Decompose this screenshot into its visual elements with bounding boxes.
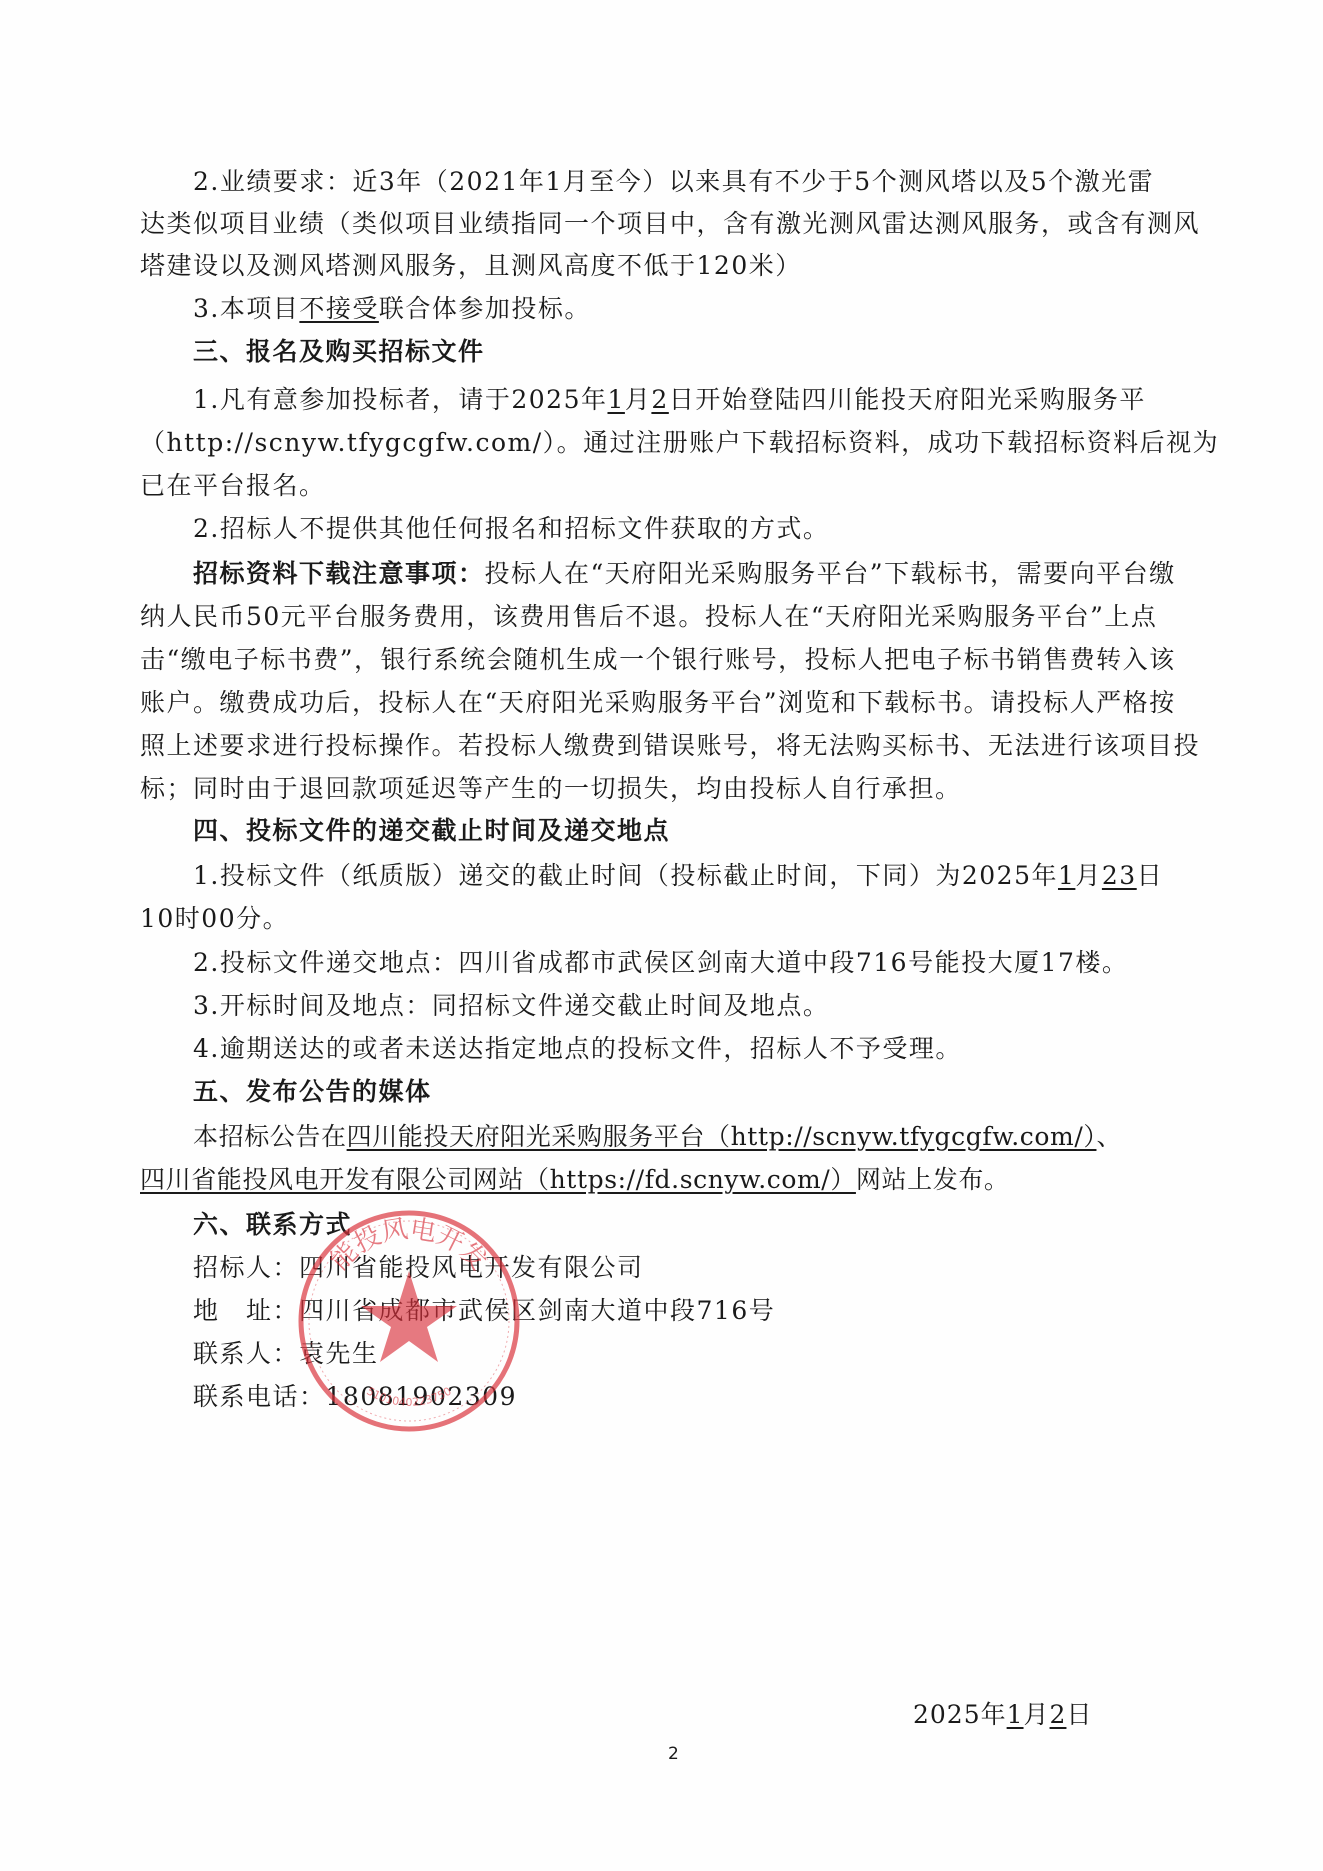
day-value: 2 [651,385,668,414]
text: 日 [1137,861,1164,890]
label: 联系人： [193,1339,299,1368]
text: 月 [1075,861,1102,890]
section-5-line-1: 本招标公告在四川能投天府阳光采购服务平台（http://scnyw.tfygcg… [193,1120,1243,1154]
deadline-day: 23 [1102,861,1137,890]
label: 地 址： [193,1296,299,1325]
text: 本招标公告在 [193,1122,347,1151]
download-notice-line-1: 招标资料下载注意事项：投标人在“天府阳光采购服务平台”下载标书，需要向平台缴 [193,557,1243,591]
section-3-item-1-line-1: 1.凡有意参加投标者，请于2025年1月2日开始登陆四川能投天府阳光采购服务平 [193,383,1243,417]
document-page: 2.业绩要求：近3年（2021年1月至今）以来具有不少于5个测风塔以及5个激光雷… [0,0,1323,1871]
text: 日 [1066,1700,1092,1729]
section-3-item-1-line-3: 已在平台报名。 [140,469,1190,503]
text: 网站上发布。 [856,1165,1010,1194]
item3-suffix: 联合体参加投标。 [379,294,591,323]
section-6-heading: 六、联系方式 [193,1208,1243,1242]
date-month: 1 [1007,1700,1024,1729]
requirement-item-2-line-2: 达类似项目业绩（类似项目业绩指同一个项目中，含有激光测风雷达测风服务，或含有测风 [140,207,1190,241]
contact-person: 联系人：袁先生 [193,1337,1243,1371]
text: 1.投标文件（纸质版）递交的截止时间（投标截止时间，下同）为2025年 [193,861,1058,890]
contact-name: 袁先生 [299,1339,379,1368]
label: 招标人： [193,1253,299,1282]
company-website-link[interactable]: 四川省能投风电开发有限公司网站（https://fd.scnyw.com/） [140,1165,856,1194]
section-5-line-2: 四川省能投风电开发有限公司网站（https://fd.scnyw.com/）网站… [140,1163,1190,1197]
page-number: 2 [668,1744,679,1764]
contact-tenderer: 招标人：四川省能投风电开发有限公司 [193,1251,1243,1285]
section-3-item-2: 2.招标人不提供其他任何报名和招标文件获取的方式。 [193,512,1243,546]
section-4-item-1-line-1: 1.投标文件（纸质版）递交的截止时间（投标截止时间，下同）为2025年1月23日 [193,859,1243,893]
document-date: 2025年1月2日 [913,1698,1092,1732]
section-4-item-4: 4.逾期送达的或者未送达指定地点的投标文件，招标人不予受理。 [193,1032,1243,1066]
section-4-item-3: 3.开标时间及地点：同招标文件递交截止时间及地点。 [193,989,1243,1023]
contact-phone: 联系电话：18081902309 [193,1380,1243,1414]
section-3-item-1-line-2: （http://scnyw.tfygcgfw.com/）。通过注册账户下载招标资… [140,426,1190,460]
item3-underlined: 不接受 [299,294,379,323]
text: 月 [625,385,652,414]
download-notice-line-4: 账户。缴费成功后，投标人在“天府阳光采购服务平台”浏览和下载标书。请投标人严格按 [140,686,1190,720]
download-notice-label: 招标资料下载注意事项： [193,559,485,588]
section-5-heading: 五、发布公告的媒体 [193,1075,1243,1109]
download-notice-line-5: 照上述要求进行投标操作。若投标人缴费到错误账号，将无法购买标书、无法进行该项目投 [140,729,1190,763]
section-3-heading: 三、报名及购买招标文件 [193,335,1243,369]
text: 、 [1096,1122,1122,1151]
tenderer-name: 四川省能投风电开发有限公司 [299,1253,644,1282]
item3-prefix: 3.本项目 [193,294,299,323]
date-year: 2025年 [913,1700,1007,1729]
phone-number: 18081902309 [326,1382,517,1411]
date-day: 2 [1050,1700,1067,1729]
download-notice-line-6: 标；同时由于退回款项延迟等产生的一切损失，均由投标人自行承担。 [140,772,1190,806]
month-value: 1 [607,385,624,414]
deadline-month: 1 [1058,861,1075,890]
contact-address: 地 址：四川省成都市武侯区剑南大道中段716号 [193,1294,1243,1328]
text: 投标人在“天府阳光采购服务平台”下载标书，需要向平台缴 [485,559,1176,588]
text: 1.凡有意参加投标者，请于2025年 [193,385,607,414]
section-4-item-1-line-2: 10时00分。 [140,902,1190,936]
text: 日开始登陆四川能投天府阳光采购服务平 [669,385,1146,414]
section-4-item-2: 2.投标文件递交地点：四川省成都市武侯区剑南大道中段716号能投大厦17楼。 [193,946,1243,980]
label: 联系电话： [193,1382,326,1411]
download-notice-line-2: 纳人民币50元平台服务费用，该费用售后不退。投标人在“天府阳光采购服务平台”上点 [140,600,1190,634]
section-4-heading: 四、投标文件的递交截止时间及递交地点 [193,814,1243,848]
download-notice-line-3: 击“缴电子标书费”，银行系统会随机生成一个银行账号，投标人把电子标书销售费转入该 [140,643,1190,677]
requirement-item-2-line-3: 塔建设以及测风塔测风服务，且测风高度不低于120米） [140,249,1190,283]
text: 月 [1024,1700,1050,1729]
requirement-item-2-line-1: 2.业绩要求：近3年（2021年1月至今）以来具有不少于5个测风塔以及5个激光雷 [193,165,1243,199]
requirement-item-3: 3.本项目不接受联合体参加投标。 [193,292,1243,326]
platform-link[interactable]: 四川能投天府阳光采购服务平台（http://scnyw.tfygcgfw.com… [347,1122,1097,1151]
address-value: 四川省成都市武侯区剑南大道中段716号 [299,1296,775,1325]
